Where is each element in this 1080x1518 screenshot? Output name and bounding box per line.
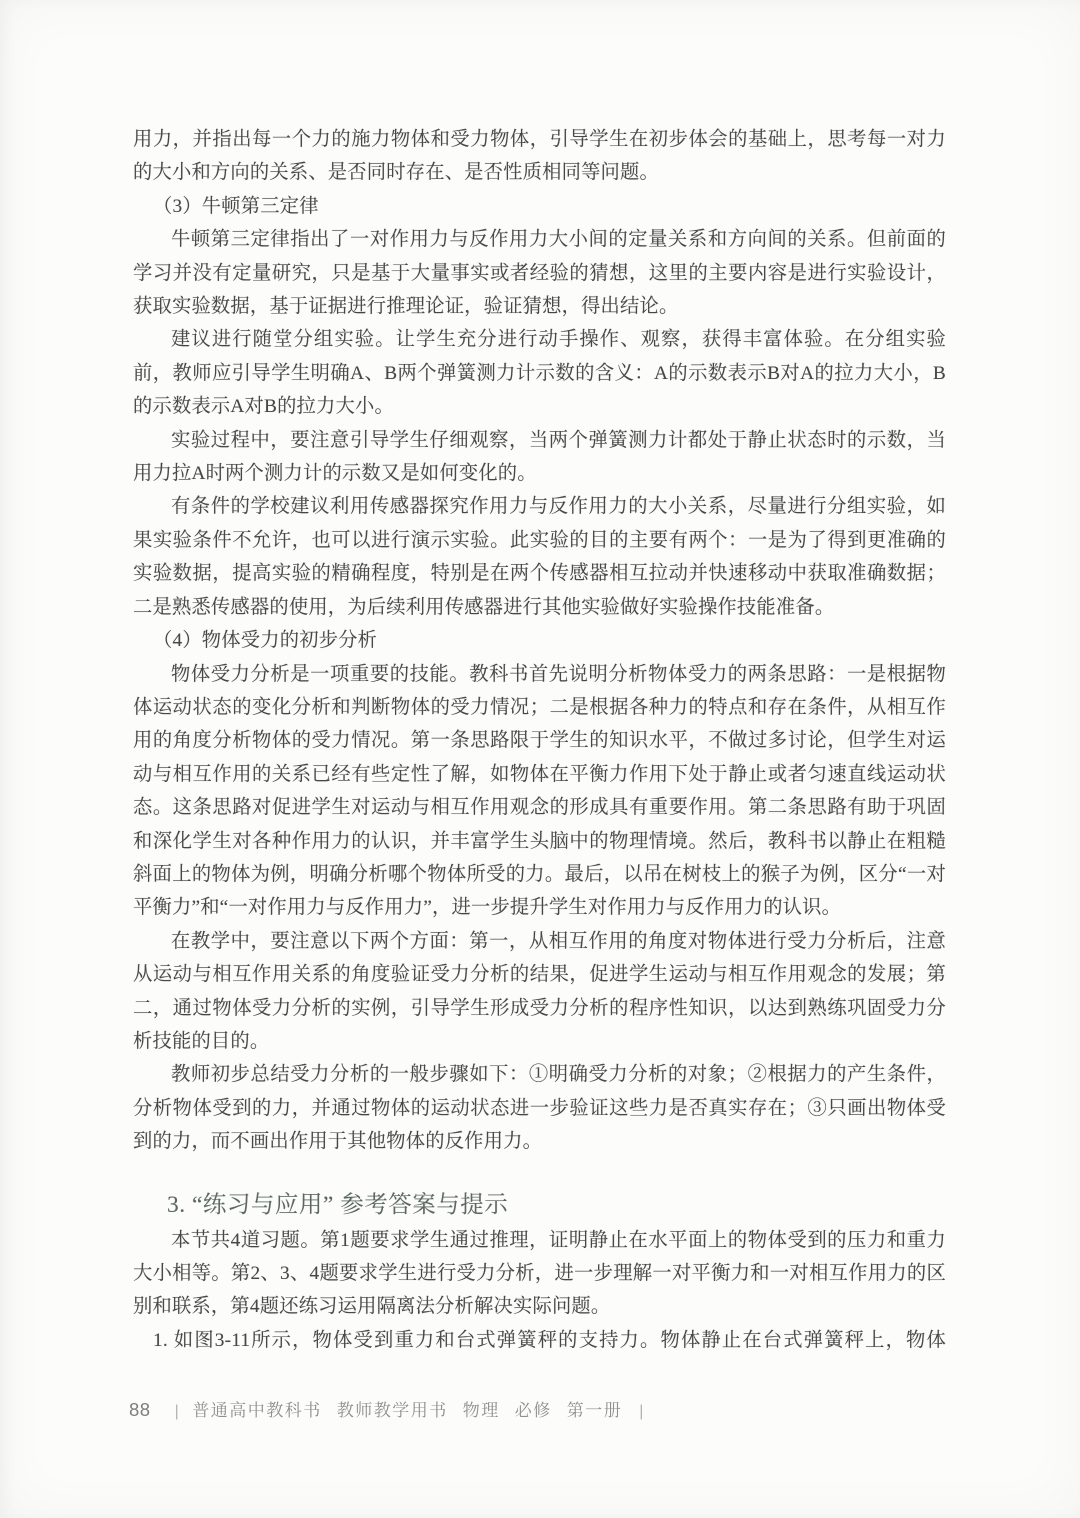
- answer-item-1: 1. 如图3-11所示，物体受到重力和台式弹簧秤的支持力。物体静止在台式弹簧秤上…: [133, 1324, 946, 1357]
- page-number: 88: [129, 1399, 151, 1421]
- footer-subject: 物理: [463, 1396, 500, 1421]
- footer-divider-left: |: [175, 1403, 181, 1421]
- page-content: 用力，并指出每一个力的施力物体和受力物体，引导学生在初步体会的基础上，思考每一对…: [133, 123, 946, 1357]
- page-footer: 88 | 普通高中教科书 教师教学用书 物理 必修 第一册 |: [129, 1396, 645, 1421]
- paragraph: 牛顿第三定律指出了一对作用力与反作用力大小间的定量关系和方向间的关系。但前面的学…: [133, 223, 946, 323]
- footer-divider-right: |: [639, 1403, 645, 1421]
- subsection-title-newton-third-law: （3）牛顿第三定律: [133, 190, 946, 223]
- paragraph: 教师初步总结受力分析的一般步骤如下：①明确受力分析的对象；②根据力的产生条件，分…: [133, 1058, 946, 1158]
- paragraph: 实验过程中，要注意引导学生仔细观察，当两个弹簧测力计都处于静止状态时的示数，当用…: [133, 424, 946, 491]
- footer-course-level: 必修: [515, 1396, 552, 1421]
- subsection-title-force-analysis: （4）物体受力的初步分析: [133, 624, 946, 657]
- paragraph: 在教学中，要注意以下两个方面：第一，从相互作用的角度对物体进行受力分析后，注意从…: [133, 925, 946, 1059]
- paragraph: 物体受力分析是一项重要的技能。教科书首先说明分析物体受力的两条思路：一是根据物体…: [133, 658, 946, 925]
- footer-book-type: 教师教学用书: [337, 1396, 448, 1421]
- footer-volume: 第一册: [567, 1396, 623, 1421]
- paragraph: 用力，并指出每一个力的施力物体和受力物体，引导学生在初步体会的基础上，思考每一对…: [133, 123, 946, 190]
- section-heading: 3. “练习与应用” 参考答案与提示: [167, 1187, 946, 1224]
- paragraph: 本节共4道习题。第1题要求学生通过推理，证明静止在水平面上的物体受到的压力和重力…: [133, 1224, 946, 1324]
- footer-series-title: 普通高中教科书: [192, 1396, 322, 1421]
- document-page: 用力，并指出每一个力的施力物体和受力物体，引导学生在初步体会的基础上，思考每一对…: [0, 0, 1080, 1518]
- paragraph: 建议进行随堂分组实验。让学生充分进行动手操作、观察，获得丰富体验。在分组实验前，…: [133, 323, 946, 423]
- paragraph: 有条件的学校建议利用传感器探究作用力与反作用力的大小关系，尽量进行分组实验，如果…: [133, 490, 946, 624]
